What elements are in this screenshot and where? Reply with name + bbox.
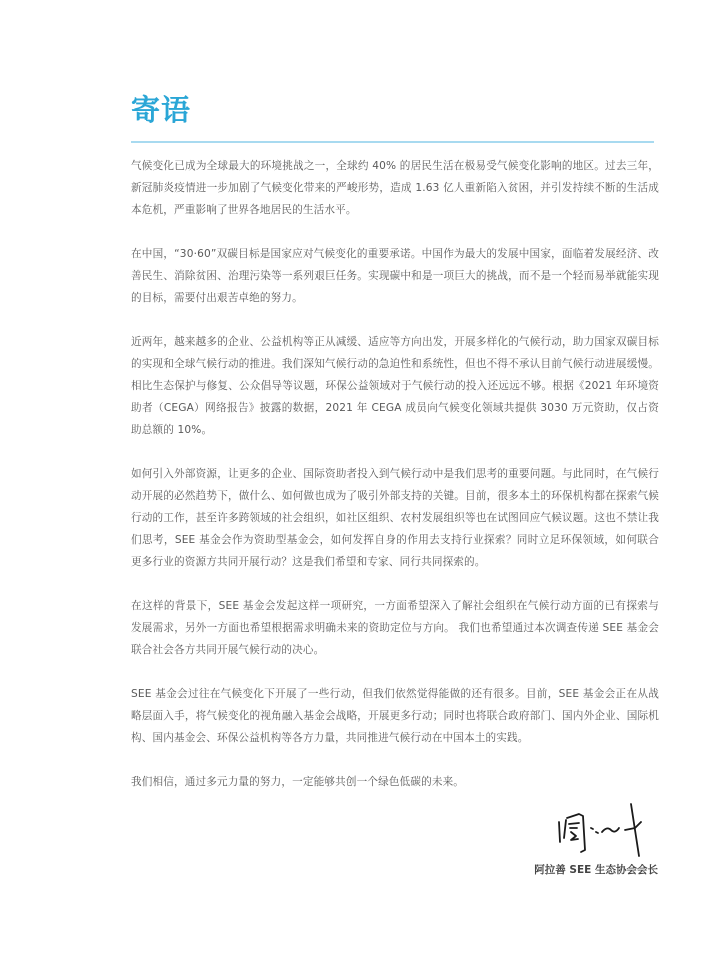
- signature-icon: [555, 800, 665, 860]
- paragraph-4: 如何引入外部资源，让更多的企业、国际资助者投入到气候行动中是我们思考的重要问题。…: [131, 463, 659, 573]
- signer-title: 阿拉善 SEE 生态协会会长: [534, 862, 658, 877]
- paragraph-7: 我们相信，通过多元力量的努力，一定能够共创一个绿色低碳的未来。: [131, 771, 659, 793]
- paragraph-6: SEE 基金会过往在气候变化下开展了一些行动，但我们依然觉得能做的还有很多。目前…: [131, 683, 659, 749]
- paragraph-5: 在这样的背景下，SEE 基金会发起这样一项研究，一方面希望深入了解社会组织在气候…: [131, 595, 659, 661]
- paragraph-2: 在中国，“30·60”双碳目标是国家应对气候变化的重要承诺。中国作为最大的发展中…: [131, 243, 659, 309]
- paragraph-3: 近两年，越来越多的企业、公益机构等正从减缓、适应等方向出发，开展多样化的气候行动…: [131, 331, 659, 441]
- letter-body: 气候变化已成为全球最大的环境挑战之一，全球约 40% 的居民生活在极易受气候变化…: [131, 155, 659, 815]
- title-divider: [131, 141, 654, 143]
- paragraph-1: 气候变化已成为全球最大的环境挑战之一，全球约 40% 的居民生活在极易受气候变化…: [131, 155, 659, 221]
- page-title: 寄语: [131, 90, 191, 130]
